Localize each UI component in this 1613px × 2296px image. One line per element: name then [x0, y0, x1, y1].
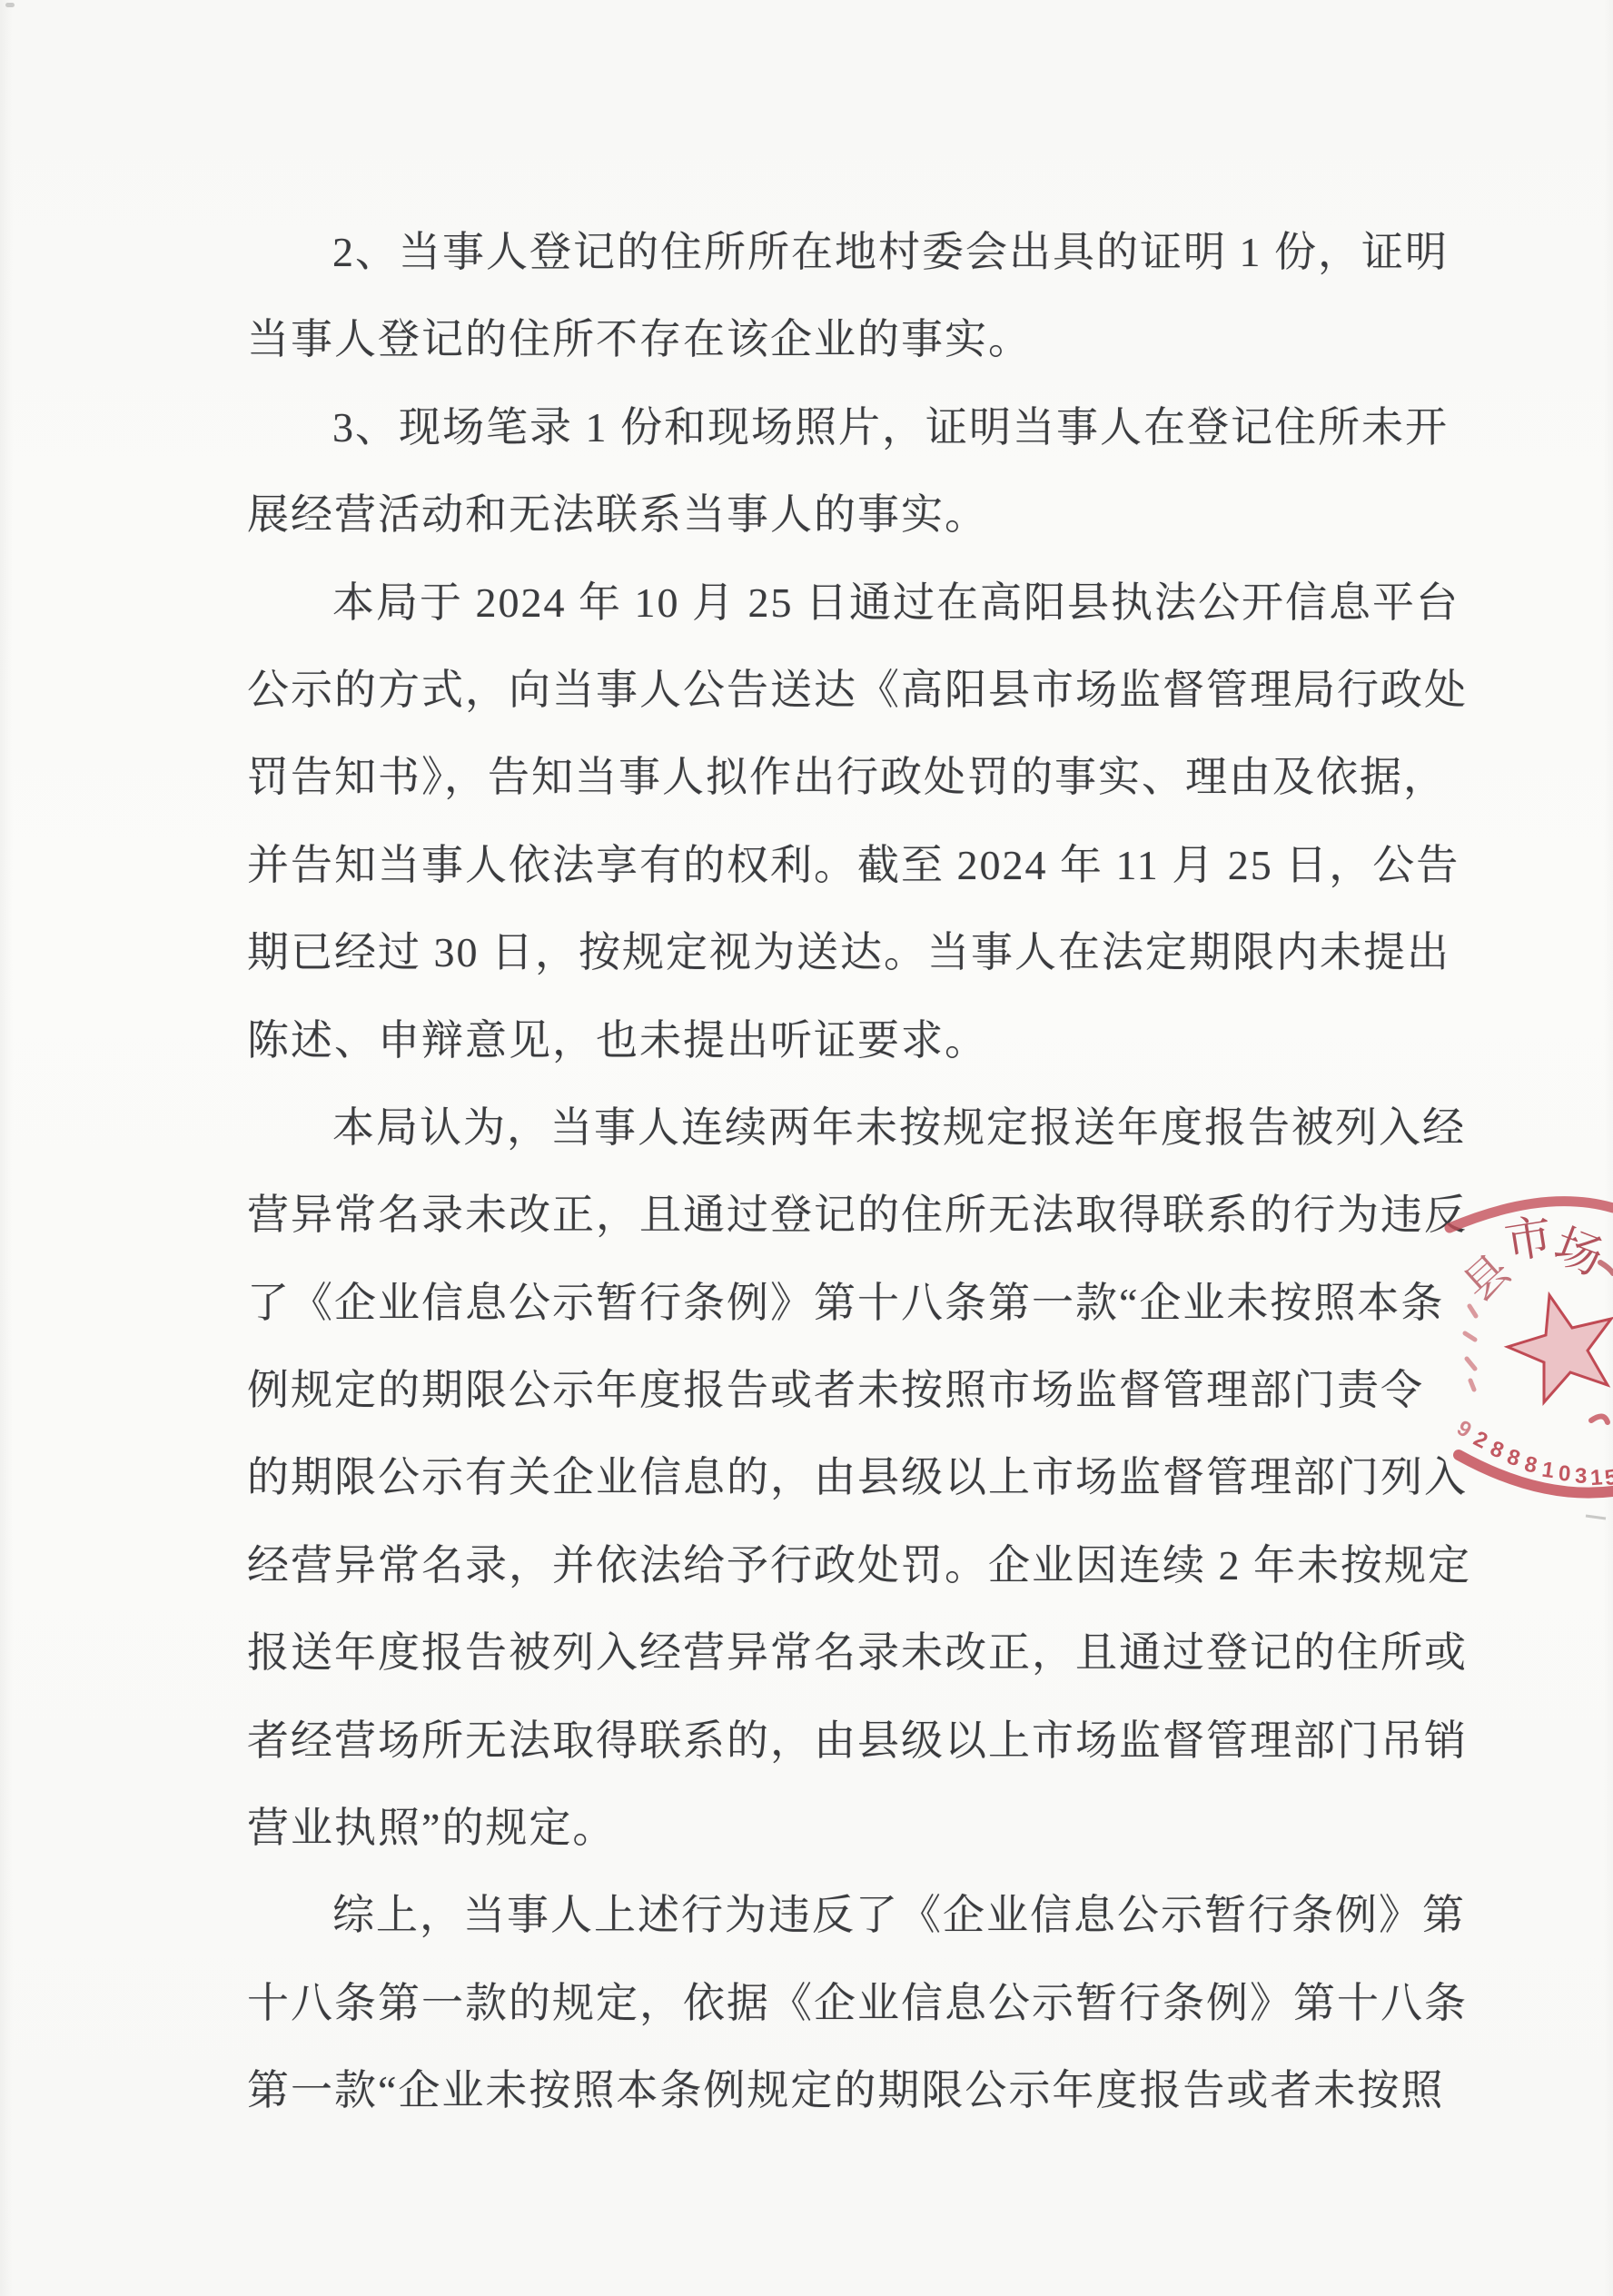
text-line: 经营异常名录，并依法给予行政处罚。企业因连续 2 年未按规定 — [247, 1522, 1464, 1609]
text-line: 报送年度报告被列入经营异常名录未改正，且通过登记的住所或 — [247, 1609, 1464, 1697]
seal-arc-char-1: 县 — [1455, 1246, 1519, 1311]
document-body: 2、当事人登记的住所所在地村委会出具的证明 1 份，证明当事人登记的住所不存在该… — [247, 209, 1464, 2135]
scanned-document-page: 2、当事人登记的住所所在地村委会出具的证明 1 份，证明当事人登记的住所不存在该… — [0, 0, 1613, 2296]
seal-digit-4: 8 — [1504, 1444, 1523, 1471]
seal-arc-char-3: 场 — [1547, 1220, 1609, 1285]
seal-digit-8: 3 — [1575, 1464, 1587, 1489]
seal-hook-fragment — [1591, 1416, 1608, 1422]
text-line: 并告知当事人依法享有的权利。截至 2024 年 11 月 25 日，公告 — [247, 822, 1464, 909]
scan-dash — [1586, 1516, 1606, 1519]
seal-digit-2: 2 — [1470, 1427, 1491, 1454]
seal-digit-6: 1 — [1540, 1458, 1556, 1484]
seal-digit-5: 8 — [1522, 1451, 1539, 1478]
seal-clipped-char-stroke — [1600, 1262, 1613, 1273]
seal-digit-9: 1 — [1589, 1465, 1603, 1490]
text-line: 陈述、申辩意见，也未提出听证要求。 — [247, 997, 1464, 1084]
seal-star-icon — [1508, 1295, 1611, 1402]
text-line: 营异常名录未改正，且通过登记的住所无法取得联系的行为违反 — [247, 1172, 1464, 1259]
text-line: 综上，当事人上述行为违反了《企业信息公示暂行条例》第 — [247, 1872, 1464, 1959]
text-line: 展经营活动和无法联系当事人的事实。 — [247, 471, 1464, 559]
text-line: 营业执照”的规定。 — [247, 1785, 1464, 1872]
seal-ring-top-arc — [1450, 1202, 1613, 1228]
text-line: 本局认为，当事人连续两年未按规定报送年度报告被列入经 — [247, 1084, 1464, 1172]
text-line: 3、现场笔录 1 份和现场照片，证明当事人在登记住所未开 — [247, 384, 1464, 471]
seal-faded-strokes — [1465, 1306, 1476, 1390]
text-line: 十八条第一款的规定，依据《企业信息公示暂行条例》第十八条 — [247, 1960, 1464, 2047]
text-line: 当事人登记的住所不存在该企业的事实。 — [247, 296, 1464, 383]
text-line: 本局于 2024 年 10 月 25 日通过在高阳县执法公开信息平台 — [247, 559, 1464, 647]
text-line: 期已经过 30 日，按规定视为送达。当事人在法定期限内未提出 — [247, 909, 1464, 996]
seal-ring-bottom-arc — [1459, 1455, 1613, 1493]
seal-digit-10: 5 — [1603, 1465, 1613, 1491]
seal-arc-char-2: 市 — [1501, 1211, 1556, 1269]
scan-speck — [5, 3, 15, 7]
text-line: 罚告知书》，告知当事人拟作出行政处罚的事实、理由及依据， — [247, 734, 1464, 821]
text-line: 公示的方式，向当事人公告送达《高阳县市场监督管理局行政处 — [247, 647, 1464, 734]
seal-digit-7: 0 — [1558, 1461, 1571, 1487]
text-line: 2、当事人登记的住所所在地村委会出具的证明 1 份，证明 — [247, 209, 1464, 296]
text-line: 第一款“企业未按照本条例规定的期限公示年度报告或者未按照 — [247, 2047, 1464, 2134]
text-line: 例规定的期限公示年度报告或者未按照市场监督管理部门责令 — [247, 1347, 1464, 1434]
text-line: 者经营场所无法取得联系的，由县级以上市场监督管理部门吊销 — [247, 1697, 1464, 1785]
seal-digit-3: 8 — [1487, 1436, 1508, 1463]
text-line: 了《企业信息公示暂行条例》第十八条第一款“企业未按照本条 — [247, 1260, 1464, 1347]
text-line: 的期限公示有关企业信息的，由县级以上市场监督管理部门列入 — [247, 1434, 1464, 1521]
